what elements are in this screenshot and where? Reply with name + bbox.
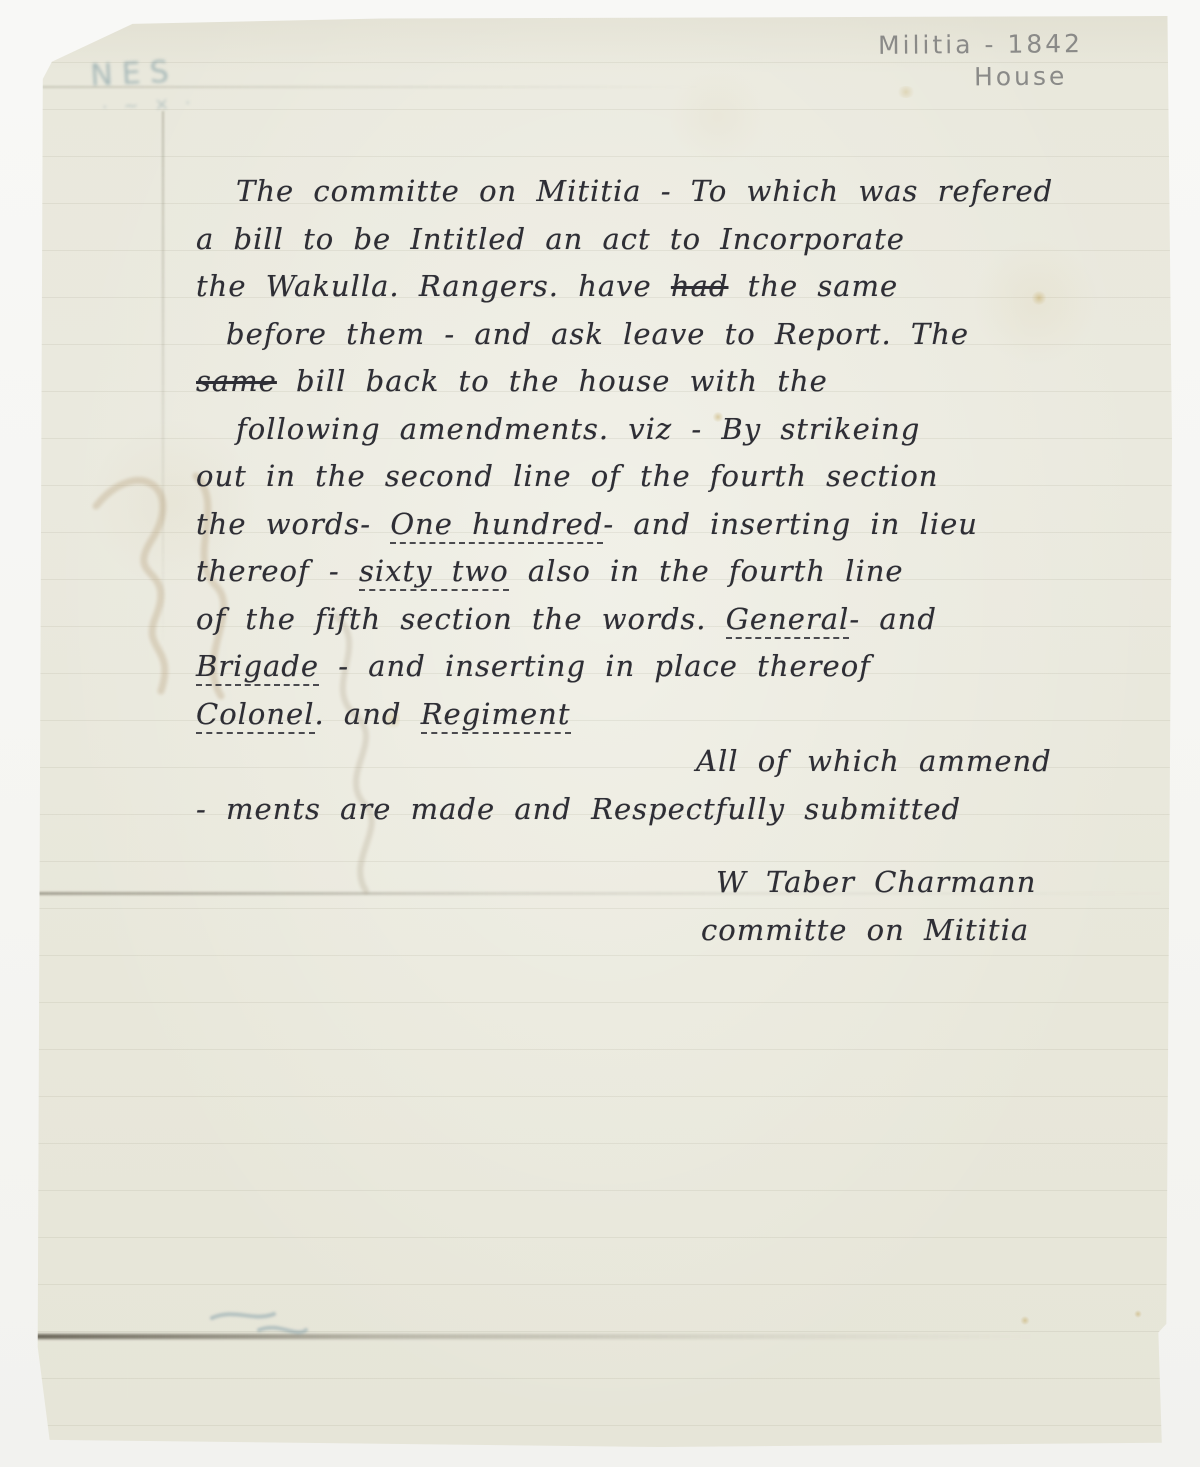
letter-text: bill back to the house with the [277,364,828,398]
foxing-spot [1020,1316,1030,1325]
letter-text: the words- [196,507,390,541]
archive-stamp: NES · ~ × · [90,53,197,118]
letter-line: following amendments. viz - By strikeing [196,406,1156,454]
letter-text: . and [315,697,421,731]
letter-line: thereof - sixty two also in the fourth l… [196,548,1156,596]
archive-stamp-text: NES [90,53,195,93]
letter-text: W Taber Charmann [716,865,1036,899]
archive-stamp-row2: · ~ × · [102,92,197,118]
pencil-annotation-militia-1842: Militia - 1842 [878,29,1083,60]
letter-text: - ments are made and Respectfully submit… [196,792,961,826]
underlined-word: Brigade [196,649,319,686]
letter-line: - ments are made and Respectfully submit… [196,786,1156,834]
foxing-spot [1134,1310,1142,1318]
letter-text: - and [849,602,937,636]
underlined-word: One hundred [390,507,603,544]
letter-text: before them - and ask leave to Report. T… [226,317,969,351]
fold-crease-vertical [162,111,164,651]
letter-line: out in the second line of the fourth sec… [196,453,1156,501]
letter-line: committe on Mititia [196,907,1156,955]
letter-text: - and inserting in place thereof [319,649,871,683]
letter-text: a bill to be Intitled an act to Incorpor… [196,222,905,256]
letter-text: thereof - [196,554,359,588]
letter-text: - and inserting in lieu [603,507,978,541]
foxing-spot [896,86,916,98]
letter-line: before them - and ask leave to Report. T… [196,311,1156,359]
scan-background: NES · ~ × · Militia - 1842 House [0,0,1200,1467]
letter-text: of the fifth section the words. [196,602,726,636]
letter-text: The committe on Mititia - To which was r… [236,174,1053,208]
letter-text: the Wakulla. Rangers. have [196,269,671,303]
letter-line: the Wakulla. Rangers. have had the same [196,263,1156,311]
letter-line: same bill back to the house with the [196,358,1156,406]
underlined-word: General [726,602,850,639]
ink-smudge-blue [204,1300,314,1354]
document-page: NES · ~ × · Militia - 1842 House [36,16,1172,1447]
letter-text: following amendments. viz - By strikeing [236,412,920,446]
letter-text: committe on Mititia [701,913,1029,947]
letter-line: of the fifth section the words. General-… [196,596,1156,644]
letter-line: All of which ammend [196,738,1156,786]
underlined-word: Regiment [421,697,571,734]
letter-body: The committe on Mititia - To which was r… [196,168,1156,954]
fold-crease-bottom [36,1334,1172,1339]
letter-line: a bill to be Intitled an act to Incorpor… [196,216,1156,264]
letter-text: the same [728,269,898,303]
letter-line: W Taber Charmann [196,859,1156,907]
letter-line: Brigade - and inserting in place thereof [196,643,1156,691]
struck-word: same [196,364,277,398]
underlined-word: sixty two [359,554,509,591]
pencil-annotation-house: House [974,62,1068,92]
letter-line: The committe on Mititia - To which was r… [196,168,1156,216]
letter-text: All of which ammend [696,744,1052,778]
underlined-word: Colonel [196,697,315,734]
letter-line: Colonel. and Regiment [196,691,1156,739]
letter-text: out in the second line of the fourth sec… [196,459,938,493]
letter-text: also in the fourth line [509,554,904,588]
struck-word: had [671,269,729,303]
letter-line: the words- One hundred- and inserting in… [196,501,1156,549]
